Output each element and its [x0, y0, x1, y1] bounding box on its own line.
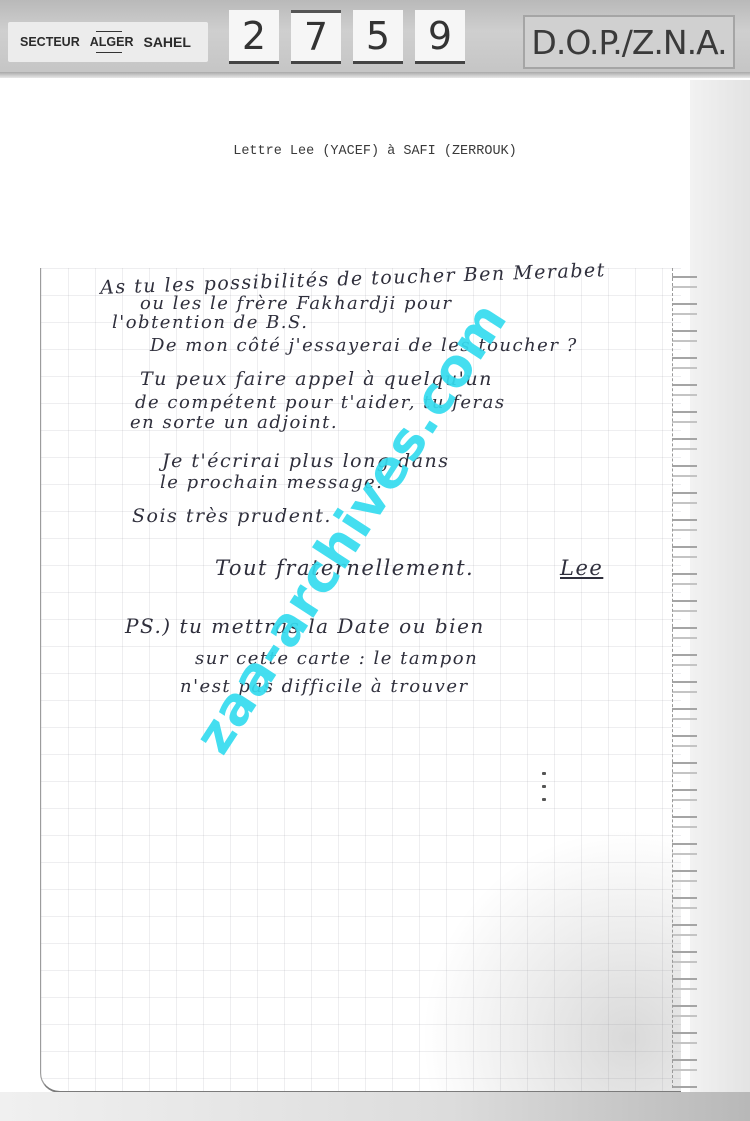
reference-digit: 2 [229, 10, 279, 64]
sector-suffix: SAHEL [143, 34, 190, 50]
signature: Lee [560, 556, 603, 580]
handwritten-line: l'obtention de B.S. [112, 312, 308, 333]
scan-bottom-shade [0, 1092, 750, 1121]
reference-digit: 9 [415, 10, 465, 64]
office-code: D.O.P./Z.N.A. [523, 15, 735, 69]
sector-label: SECTEUR ALGER SAHEL [8, 22, 208, 62]
ink-dots [542, 772, 547, 811]
handwritten-line: De mon côté j'essayerai de les toucher ? [150, 335, 578, 356]
handwritten-line: Sois très prudent. [132, 505, 332, 527]
scan-edge-shade [690, 80, 750, 1121]
sector-name: ALGER [90, 35, 134, 49]
reference-number: 2 7 5 9 [229, 10, 465, 64]
reference-digit: 5 [353, 10, 403, 64]
band-shadow [0, 72, 750, 78]
handwritten-line: en sorte un adjoint. [130, 412, 338, 433]
handwritten-line: ou les le frère Fakhardji pour [140, 293, 453, 314]
document-title: Lettre Lee (YACEF) à SAFI (ZERROUK) [0, 144, 750, 159]
torn-spiral-edge [672, 268, 697, 1088]
sector-prefix: SECTEUR [20, 35, 80, 49]
page-shadow [421, 828, 681, 1091]
reference-digit: 7 [291, 10, 341, 64]
